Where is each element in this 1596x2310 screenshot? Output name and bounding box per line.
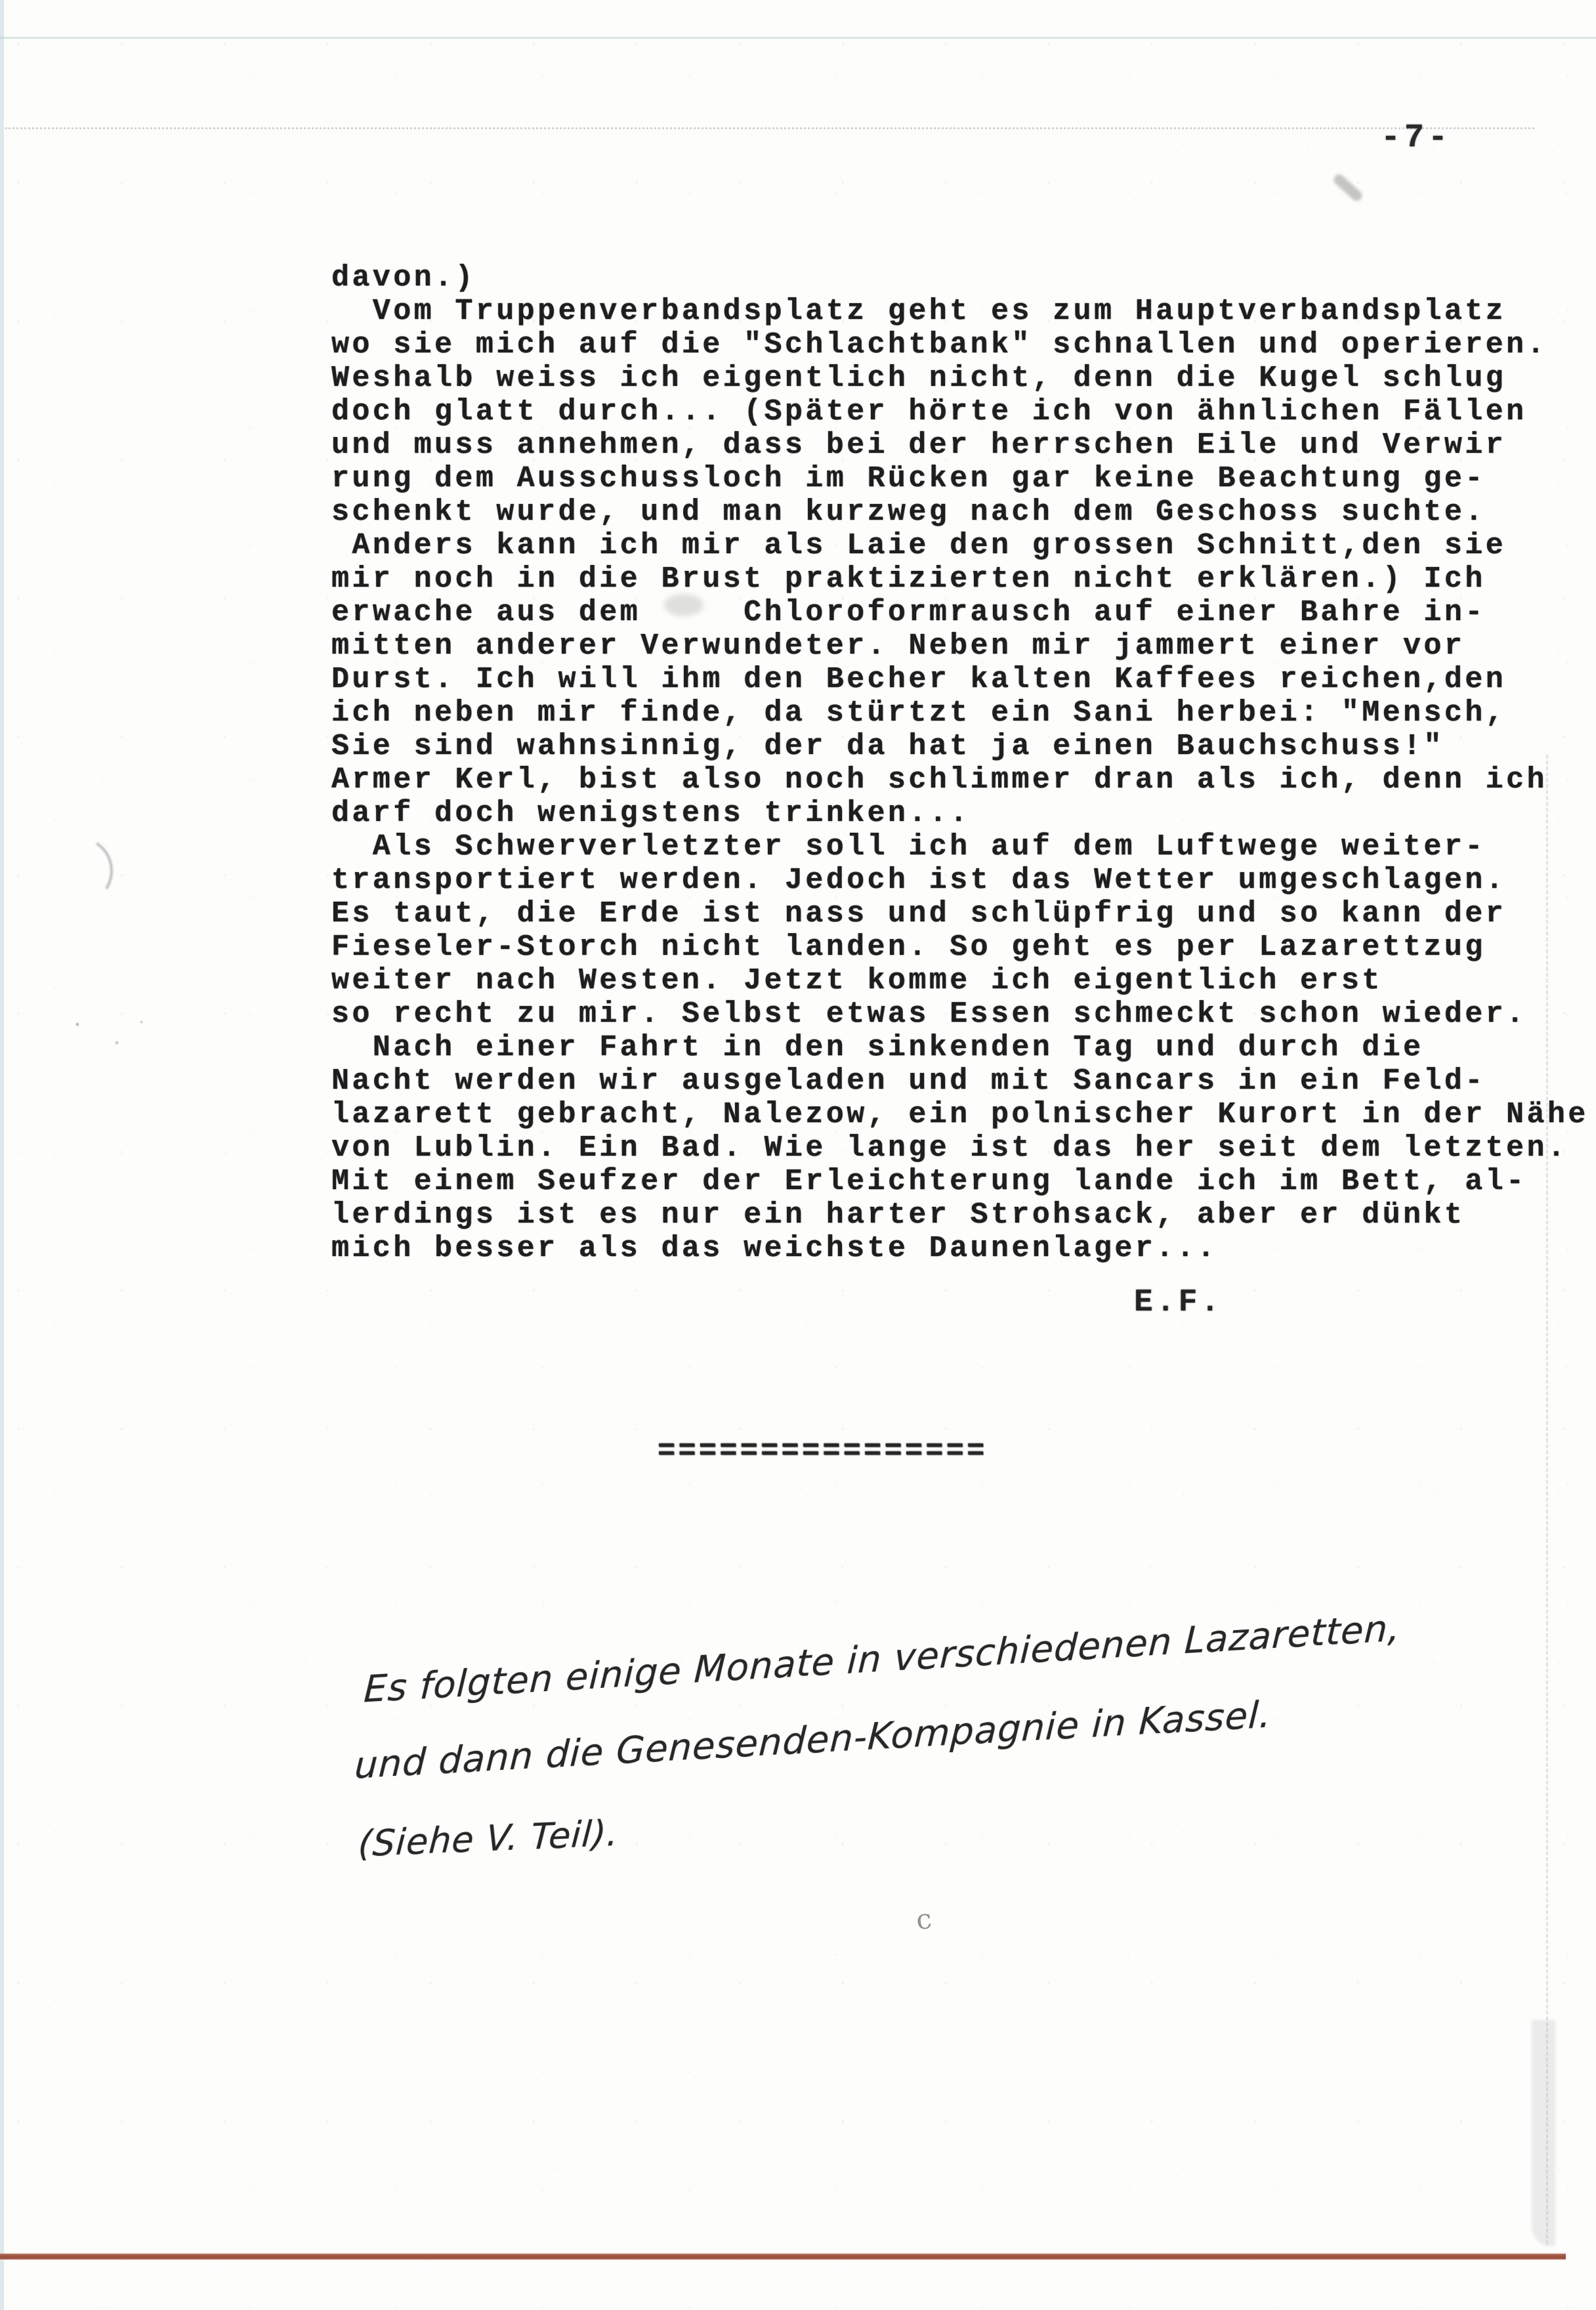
typed-line: und muss annehmen, dass bei der herrsche…: [331, 429, 1582, 462]
red-margin-line: [0, 2254, 1566, 2259]
typed-line: darf doch wenigstens trinken...: [331, 797, 1582, 830]
stray-pen-mark: c: [915, 1902, 934, 1936]
typed-line: lerdings ist es nur ein harter Strohsack…: [331, 1198, 1582, 1232]
typed-line: Nach einer Fahrt in den sinkenden Tag un…: [331, 1031, 1582, 1064]
page-edge-band: [1532, 2020, 1555, 2246]
smudge-artifact: [1332, 173, 1364, 203]
page-number: -7-: [1381, 119, 1452, 157]
typed-line: Sie sind wahnsinnig, der da hat ja einen…: [331, 730, 1582, 763]
scanned-document-page: -7- davon.) Vom Truppenverbandsplatz geh…: [0, 0, 1596, 2310]
typed-line: mir noch in die Brust praktizierten nich…: [331, 562, 1582, 596]
handwritten-note-line-2: und dann die Genesenden-Kompagnie in Kas…: [354, 1693, 1272, 1787]
typed-line: Mit einem Seufzer der Erleichterung land…: [331, 1165, 1582, 1198]
scan-edge-top: [0, 37, 1596, 39]
typed-line: Durst. Ich will ihm den Becher kalten Ka…: [331, 663, 1582, 696]
author-initials: E.F.: [1134, 1285, 1223, 1320]
typed-line: Als Schwerverletzter soll ich auf dem Lu…: [331, 830, 1582, 864]
typed-line: Anders kann ich mir als Laie den grossen…: [331, 529, 1582, 562]
typed-line: so recht zu mir. Selbst etwas Essen schm…: [331, 997, 1582, 1031]
typed-line: Armer Kerl, bist also noch schlimmer dra…: [331, 763, 1582, 797]
typed-line: rung dem Ausschussloch im Rücken gar kei…: [331, 462, 1582, 495]
scan-edge-left: [0, 0, 4, 2310]
typed-line: doch glatt durch... (Später hörte ich vo…: [331, 395, 1582, 429]
typed-line: mich besser als das weichste Daunenlager…: [331, 1232, 1582, 1265]
typed-text-body: davon.) Vom Truppenverbandsplatz geht es…: [331, 261, 1582, 1265]
typed-line: schenkt wurde, und man kurzweg nach dem …: [331, 495, 1582, 529]
typed-line: Fieseler-Storch nicht landen. So geht es…: [331, 931, 1582, 964]
typed-line: Es taut, die Erde ist nass und schlüpfri…: [331, 897, 1582, 931]
typed-line: ich neben mir finde, da stürtzt ein Sani…: [331, 696, 1582, 730]
typed-line: lazarett gebracht, Nalezow, ein polnisch…: [331, 1098, 1582, 1131]
typed-line: davon.): [331, 261, 1582, 295]
typed-line: wo sie mich auf die "Schlachtbank" schna…: [331, 328, 1582, 362]
typed-line: weiter nach Westen. Jetzt komme ich eige…: [331, 964, 1582, 997]
punch-hole-artifact: [38, 830, 119, 911]
typed-line: mitten anderer Verwundeter. Neben mir ja…: [331, 629, 1582, 663]
typed-line: Vom Truppenverbandsplatz geht es zum Hau…: [331, 295, 1582, 328]
typed-line: Weshalb weiss ich eigentlich nicht, denn…: [331, 362, 1582, 395]
typed-line: transportiert werden. Jedoch ist das Wet…: [331, 864, 1582, 897]
typed-line: erwache aus dem Chloroformrausch auf ein…: [331, 596, 1582, 629]
scan-dust-line: [5, 127, 1534, 129]
typed-separator: ================: [658, 1435, 987, 1468]
handwritten-note-line-3: (Siehe V. Teil).: [357, 1812, 620, 1864]
typed-line: von Lublin. Ein Bad. Wie lange ist das h…: [331, 1131, 1582, 1165]
speck-artifact: [58, 1011, 156, 1057]
typed-line: Nacht werden wir ausgeladen und mit Sanc…: [331, 1064, 1582, 1098]
